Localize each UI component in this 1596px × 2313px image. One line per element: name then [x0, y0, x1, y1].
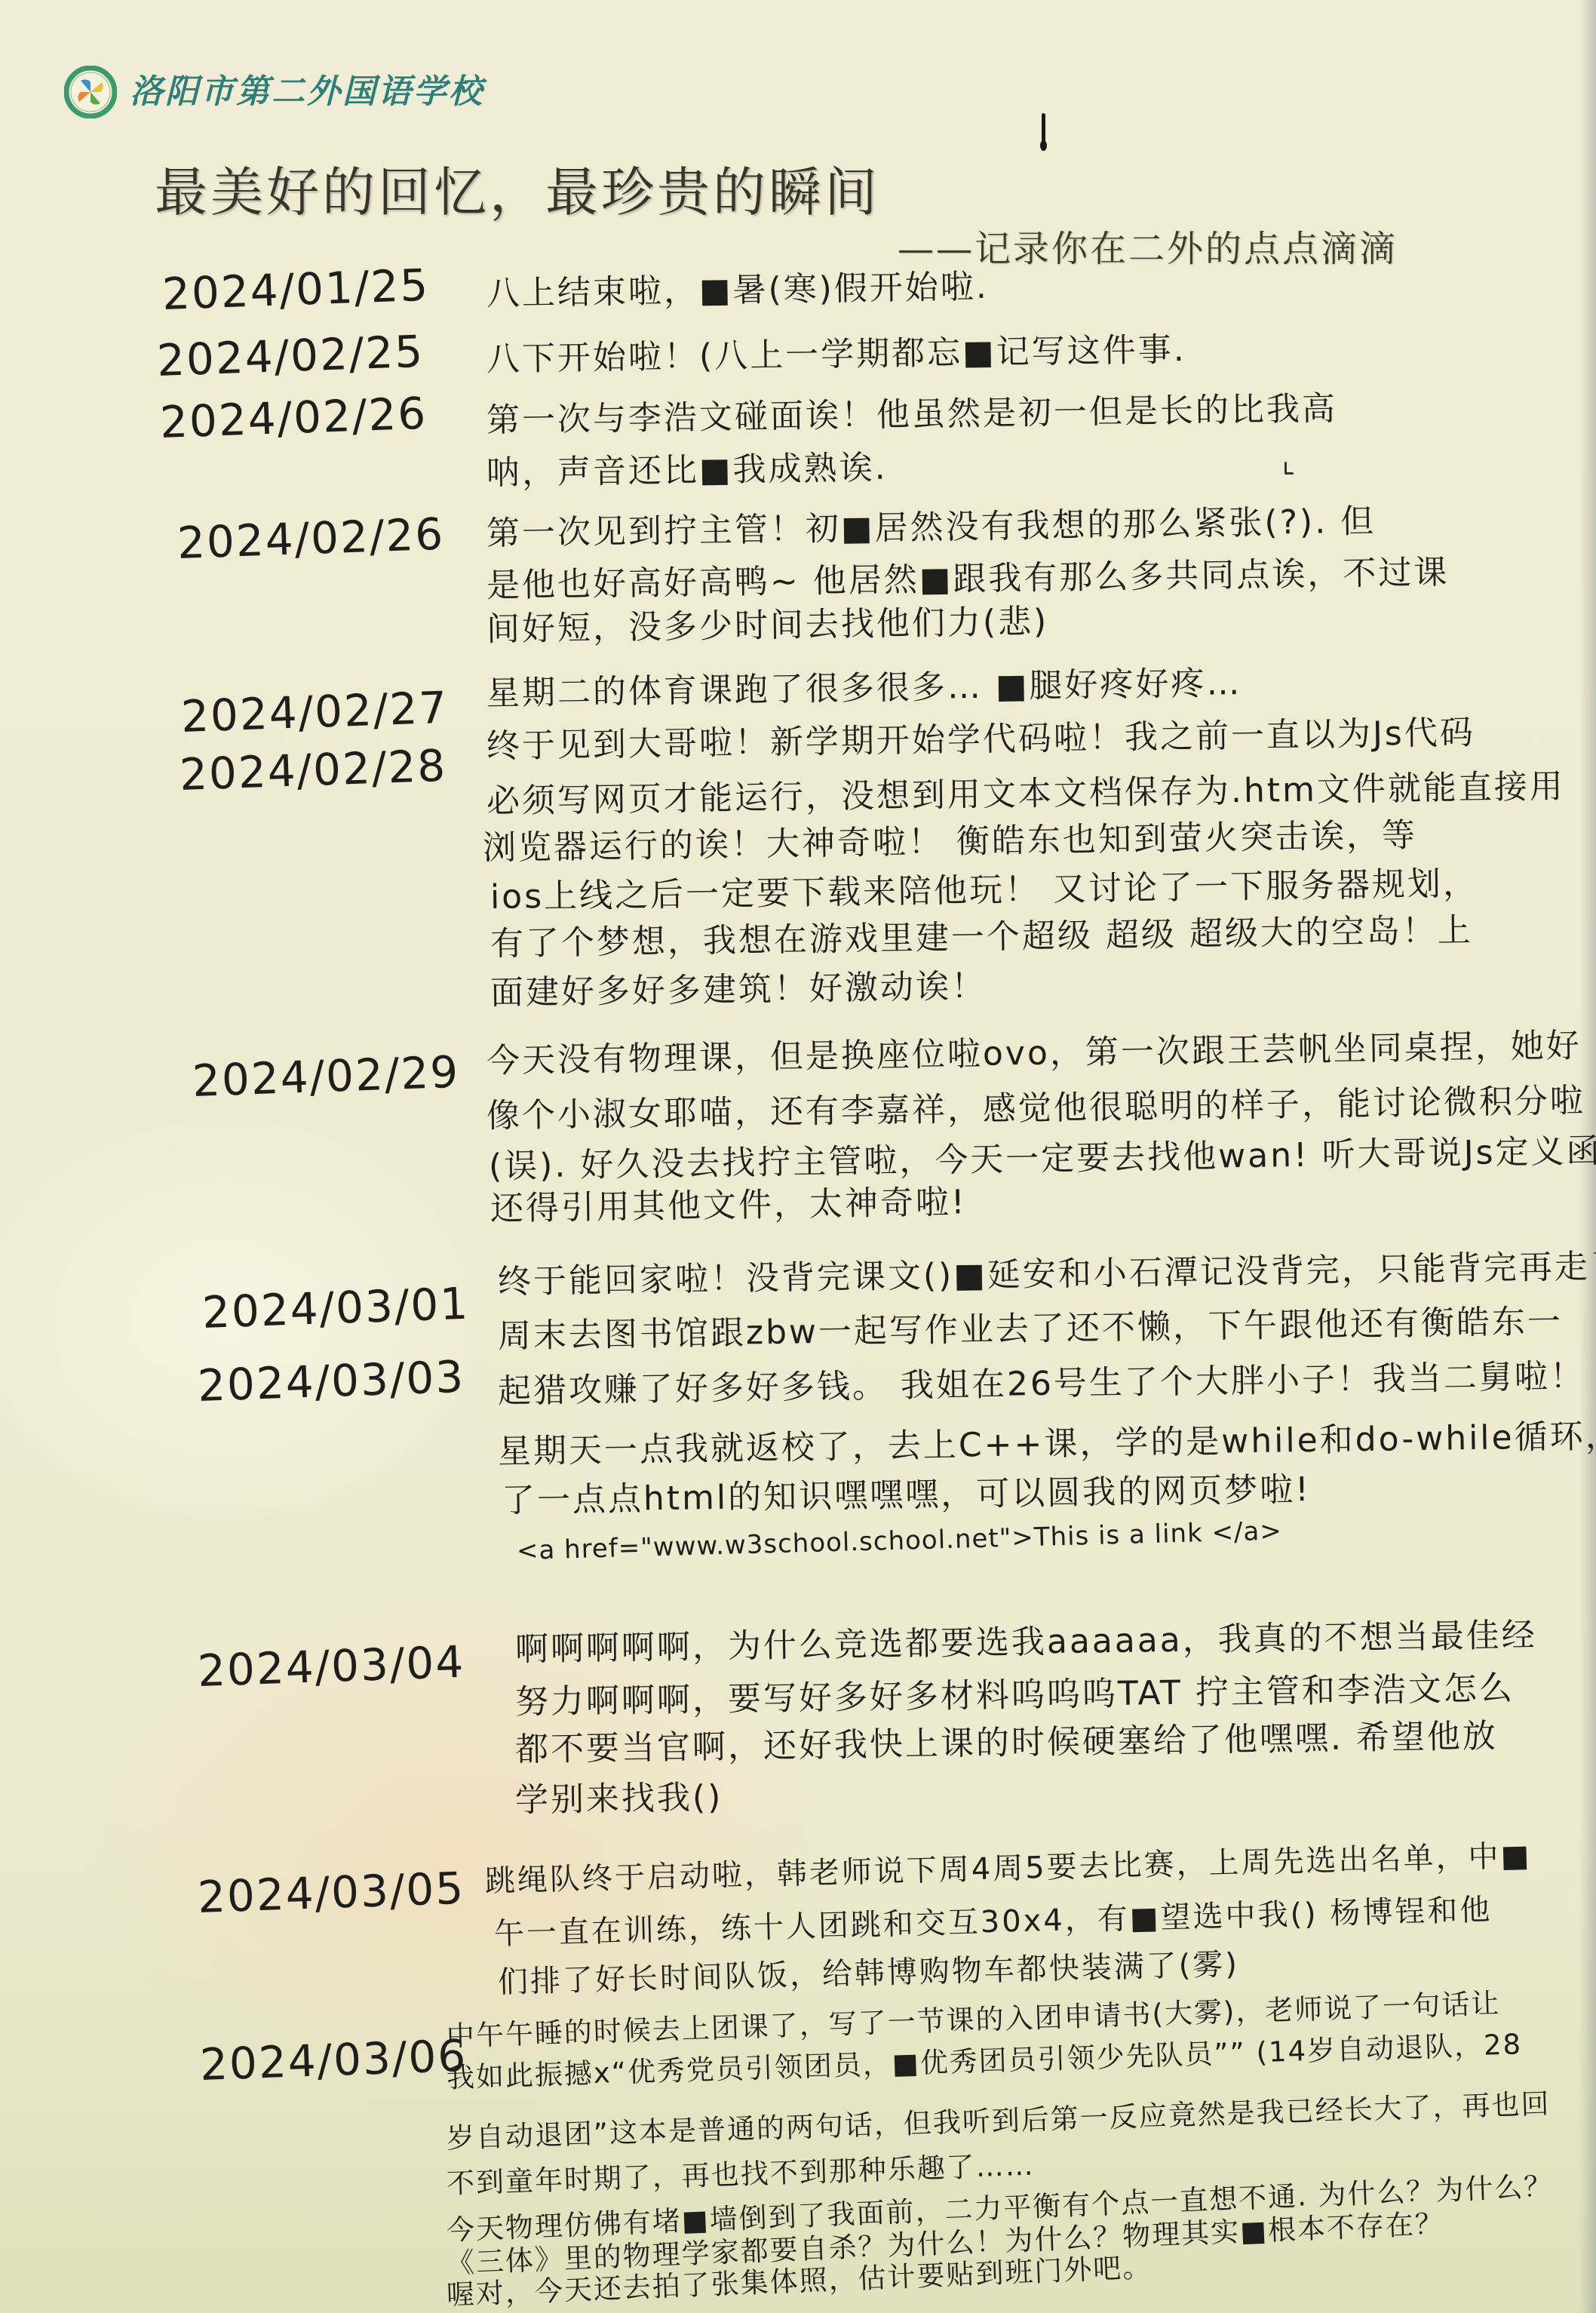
ink-mark: [1284, 472, 1294, 475]
entry-date: 2024/01/25: [161, 259, 431, 321]
entry-line: 们排了好长时间队饭，给韩博购物车都快装满了(雾): [497, 1946, 1239, 2001]
entry-line: 是他也好高好高鸭~ 他居然■跟我有那么多共同点诶，不过课: [486, 552, 1450, 607]
entry-line: 啊啊啊啊啊，为什么竞选都要选我aaaaaa，我真的不想当最佳经: [515, 1615, 1537, 1670]
entry-date: 2024/02/26: [159, 387, 428, 449]
entry-code-line: <a href="www.w3school.school.net">This i…: [516, 1514, 1282, 1568]
entry-line: 八上结束啦，■暑(寒)假开始啦.: [486, 267, 990, 315]
entry-line: 间好短，没多少时间去找他们力(悲): [486, 602, 1049, 650]
entry-line: 浏览器运行的诶！大神奇啦！ 衡皓东也知到萤火突击诶，等: [483, 816, 1418, 869]
entry-line: 呐，声音还比■我成熟诶.: [486, 448, 888, 494]
entry-line: 都不要当官啊，还好我快上课的时候硬塞给了他嘿嘿. 希望他放: [515, 1716, 1499, 1771]
entry-line: 还得引用其他文件，太神奇啦!: [490, 1182, 967, 1230]
entry-line: 有了个梦想，我想在游戏里建一个超级 超级 超级大的空岛！上: [490, 911, 1474, 965]
entry-date: 2024/02/29: [192, 1046, 461, 1107]
entry-line: 终于见到大哥啦！新学期开始学代码啦！我之前一直以为Js代码: [486, 713, 1476, 767]
entry-line: 八下开始啦！(八上一学期都忘■记写这件事.: [486, 330, 1186, 380]
school-name: 洛阳市第二外国语学校: [130, 72, 484, 112]
entry-date: 2024/02/28: [179, 739, 448, 801]
entry-date: 2024/03/06: [199, 2029, 468, 2091]
entry-date: 2024/03/05: [197, 1862, 466, 1924]
diary-page: 洛阳市第二外国语学校 最美好的回忆，最珍贵的瞬间 ——记录你在二外的点点滴滴 2…: [0, 0, 1596, 2313]
school-emblem-icon: [64, 66, 117, 118]
entry-line: 今天没有物理课，但是换座位啦ovo，第一次跟王芸帆坐同桌捏，她好: [486, 1026, 1582, 1082]
entry-line: (误). 好久没去找拧主管啦，今天一定要去找他wan! 听大哥说Js定义函数: [489, 1131, 1596, 1187]
entry-line: 岁自动退团”这本是普通的两句话，但我听到后第一反应竟然是我已经长大了，再也回: [446, 2087, 1551, 2156]
entry-line: 学别来找我(): [515, 1777, 723, 1821]
page-title: 最美好的回忆，最珍贵的瞬间: [155, 161, 880, 224]
entry-date: 2024/03/03: [197, 1350, 466, 1412]
entry-line: 终于能回家啦！没背完课文()■延安和小石潭记没背完，只能背完再走了:(: [498, 1246, 1596, 1303]
entry-line: ios上线之后一定要下载来陪他玩！ 又讨论了一下服务器规划，: [490, 864, 1479, 918]
entry-line: 周末去图书馆跟zbw一起写作业去了还不懒，下午跟他还有衡皓东一: [498, 1301, 1564, 1357]
entry-line: 努力啊啊啊，要写好多好多材料呜呜呜TAT 拧主管和李浩文怎么: [515, 1669, 1515, 1723]
entry-line: 面建好多好多建筑！好激动诶！: [490, 966, 987, 1014]
entry-line: 星期天一点我就返校了，去上C++课，学的是while和do-while循环，还会: [498, 1415, 1596, 1473]
entry-date: 2024/02/27: [180, 681, 450, 743]
entry-line: 了一点点html的知识嘿嘿嘿，可以圆我的网页梦啦!: [502, 1470, 1312, 1522]
entry-date: 2024/02/26: [176, 508, 446, 570]
entry-line: 跳绳队终于启动啦，韩老师说下周4周5要去比赛，上周先选出名单，中■: [484, 1838, 1531, 1900]
entry-line: 星期二的体育课跑了很多很多… ■腿好疼好疼…: [486, 663, 1242, 714]
entry-line: 必须写网页才能运行，没想到用文本文档保存为.htm文件就能直接用: [486, 766, 1566, 822]
page-subtitle: ——记录你在二外的点点滴滴: [898, 227, 1398, 271]
entry-date: 2024/02/25: [156, 325, 425, 387]
entry-line: 午一直在训练，练十人团跳和交互30x4，有■望选中我() 杨博锃和他: [493, 1892, 1493, 1952]
ink-mark: [1040, 140, 1047, 151]
entry-line: 第一次见到拧主管！初■居然没有我想的那么紧张(?). 但: [486, 502, 1377, 554]
entry-line: 第一次与李浩文碰面诶！他虽然是初一但是长的比我高: [486, 389, 1338, 441]
entry-line: 起猎攻赚了好多好多钱。 我姐在26号生了个大胖小子！我当二舅啦！: [498, 1356, 1586, 1412]
entry-date: 2024/03/01: [201, 1277, 471, 1339]
entry-date: 2024/03/04: [197, 1636, 466, 1697]
entry-line: 像个小淑女耶喵，还有李嘉祥，感觉他很聪明的样子，能讨论微积分啦: [486, 1081, 1586, 1137]
